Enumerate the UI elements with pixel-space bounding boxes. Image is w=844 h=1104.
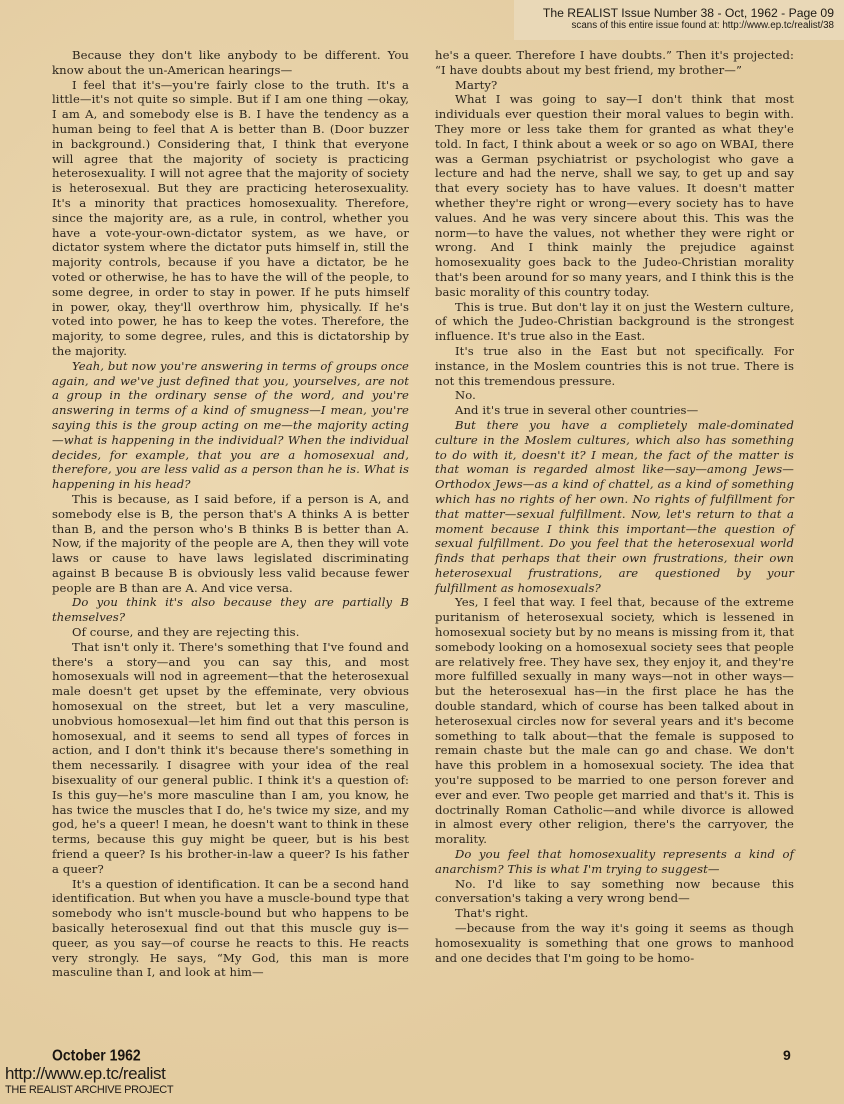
paragraph: This is because, as I said before, if a … [52,492,409,596]
paragraph: No. I'd like to say something now becaus… [435,877,794,907]
interviewer-question: Do you think it's also because they are … [52,595,409,625]
issue-scan-link: scans of this entire issue found at: htt… [514,20,834,32]
paragraph: That isn't only it. There's something th… [52,640,409,877]
paragraph: And it's true in several other countries… [435,403,794,418]
paragraph: Because they don't like anybody to be di… [52,48,409,78]
paragraph: It's true also in the East but not speci… [435,344,794,388]
interviewer-question: Do you feel that homosexuality represent… [435,847,794,877]
paragraph: It's a question of identification. It ca… [52,877,409,981]
paragraph: I feel that it's—you're fairly close to … [52,78,409,359]
paragraph: Yes, I feel that way. I feel that, becau… [435,595,794,847]
interviewer-question: But there you have a complietely male-do… [435,418,794,596]
page-number: 9 [783,1047,791,1063]
paragraph: This is true. But don't lay it on just t… [435,300,794,344]
paragraph: No. [435,388,794,403]
paragraph: That's right. [435,906,794,921]
paragraph: What I was going to say—I don't think th… [435,92,794,299]
archive-header: The REALIST Issue Number 38 - Oct, 1962 … [514,0,844,40]
right-column: he's a queer. Therefore I have doubts.” … [435,48,794,965]
paragraph-continuation: he's a queer. Therefore I have doubts.” … [435,48,794,78]
archive-project-name: THE REALIST ARCHIVE PROJECT [5,1084,173,1096]
paragraph: —because from the way it's going it seem… [435,921,794,965]
archive-url: http://www.ep.tc/realist [5,1064,165,1084]
paragraph: Of course, and they are rejecting this. [52,625,409,640]
footer-date: October 1962 [52,1046,141,1064]
issue-title: The REALIST Issue Number 38 - Oct, 1962 … [514,0,834,20]
paragraph: Marty? [435,78,794,93]
left-column: Because they don't like anybody to be di… [52,48,409,980]
interviewer-question: Yeah, but now you're answering in terms … [52,359,409,492]
